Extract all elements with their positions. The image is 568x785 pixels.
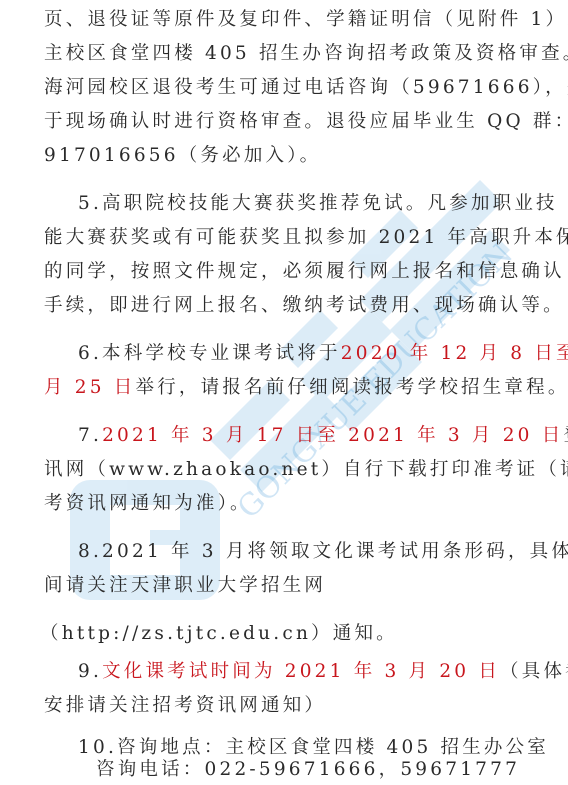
item-8-heading: 8.2021 年 3 月将领取文化课考试用条形码，具体时 bbox=[78, 540, 568, 564]
text-line: 月 25 日举行，请报名前仔细阅读报考学校招生章程。 bbox=[44, 376, 568, 400]
culture-exam-highlight: 文化课考试时间为 2021 年 3 月 20 日 bbox=[102, 661, 500, 682]
text-line: 的同学，按照文件规定，必须履行网上报名和信息确认 bbox=[44, 260, 565, 284]
text-line: 能大赛获奖或有可能获奖且拟参加 2021 年高职升本保送 bbox=[44, 226, 568, 250]
text-line: 安排请关注招考资讯网通知） bbox=[44, 694, 326, 718]
text-line: 讯网（www.zhaokao.net）自行下载打印准考证（请以招 bbox=[44, 458, 568, 482]
url-line: （http://zs.tjtc.edu.cn）通知。 bbox=[40, 622, 398, 646]
text-line: 917016656（务必加入）。 bbox=[44, 144, 321, 168]
text-line: 考资讯网通知为准）。 bbox=[44, 492, 252, 516]
item-6-heading: 6.本科学校专业课考试将于2020 年 12 月 8 日至 12 bbox=[78, 342, 568, 366]
text-line: 主校区食堂四楼 405 招生办咨询招考政策及资格审查。 bbox=[44, 42, 568, 66]
consult-phone: 咨询电话：022-59671666，59671777 bbox=[96, 758, 520, 782]
text-line: 页、退役证等原件及复印件、学籍证明信（见附件 1）到 bbox=[44, 8, 568, 32]
item-9-heading: 9.文化课考试时间为 2021 年 3 月 20 日（具体考试 bbox=[78, 660, 568, 684]
exam-date-highlight: 2020 年 12 月 8 日至 12 bbox=[341, 343, 568, 364]
text-line: 于现场确认时进行资格审查。退役应届毕业生 QQ 群： bbox=[44, 110, 568, 134]
consult-location: 10.咨询地点：主校区食堂四楼 405 招生办公室 bbox=[78, 736, 549, 760]
text-line: 间请关注天津职业大学招生网 bbox=[44, 574, 326, 598]
item-5-heading: 5.高职院校技能大赛获奖推荐免试。凡参加职业技 bbox=[78, 192, 558, 216]
item-7-heading: 7.2021 年 3 月 17 日至 2021 年 3 月 20 日登陆招考资 bbox=[78, 424, 568, 448]
text-line: 海河园校区退役考生可通过电话咨询（59671666），并 bbox=[44, 76, 568, 100]
ticket-date-highlight: 2021 年 3 月 17 日至 2021 年 3 月 20 日 bbox=[102, 425, 563, 446]
exam-date-highlight: 月 25 日 bbox=[44, 377, 136, 398]
text-line: 手续，即进行网上报名、缴纳考试费用、现场确认等。 bbox=[44, 294, 565, 318]
